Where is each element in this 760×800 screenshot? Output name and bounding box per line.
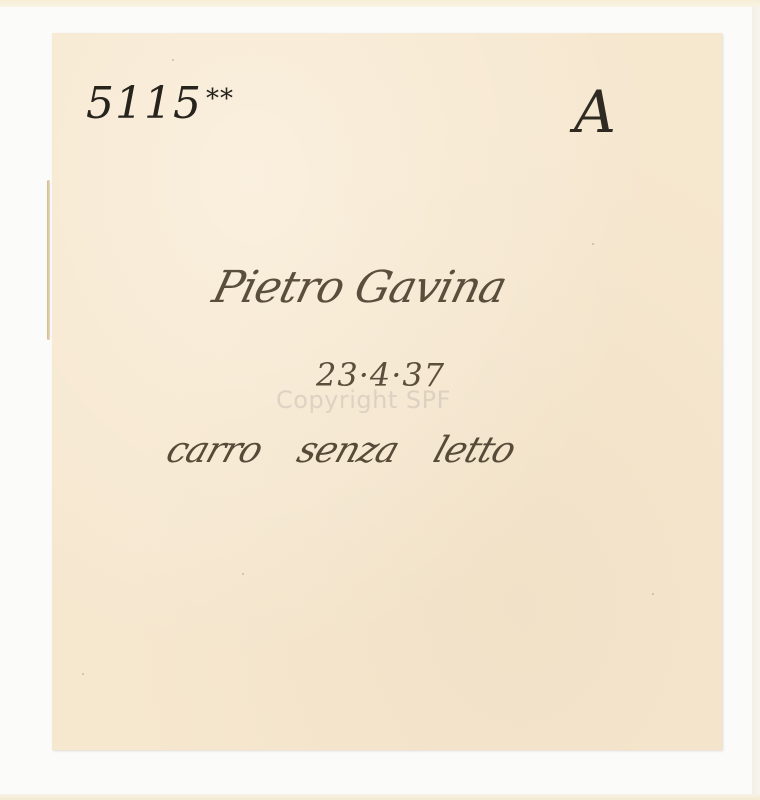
paper-speck	[652, 593, 654, 595]
description-word: letto	[428, 430, 520, 471]
catalog-number-value: 5115	[86, 78, 202, 129]
mount-edge	[752, 7, 760, 794]
description-word: senza	[292, 430, 404, 471]
description-word: carro	[161, 430, 267, 471]
scanner-strip-bottom	[0, 794, 760, 800]
copyright-watermark: Copyright SPF	[276, 386, 451, 414]
catalog-number-suffix: **	[206, 84, 234, 114]
paper-speck	[172, 59, 174, 61]
paper-speck	[592, 243, 594, 245]
paper-speck	[82, 673, 84, 675]
series-letter: A	[574, 78, 616, 146]
paper-fold-mark	[47, 180, 50, 340]
catalog-number: 5115**	[86, 78, 234, 129]
paper-speck	[242, 573, 244, 575]
photo-description: carrosenzaletto	[161, 430, 558, 471]
photographer-name: Pietro Gavina	[208, 262, 512, 313]
scanner-strip-top	[0, 0, 760, 7]
